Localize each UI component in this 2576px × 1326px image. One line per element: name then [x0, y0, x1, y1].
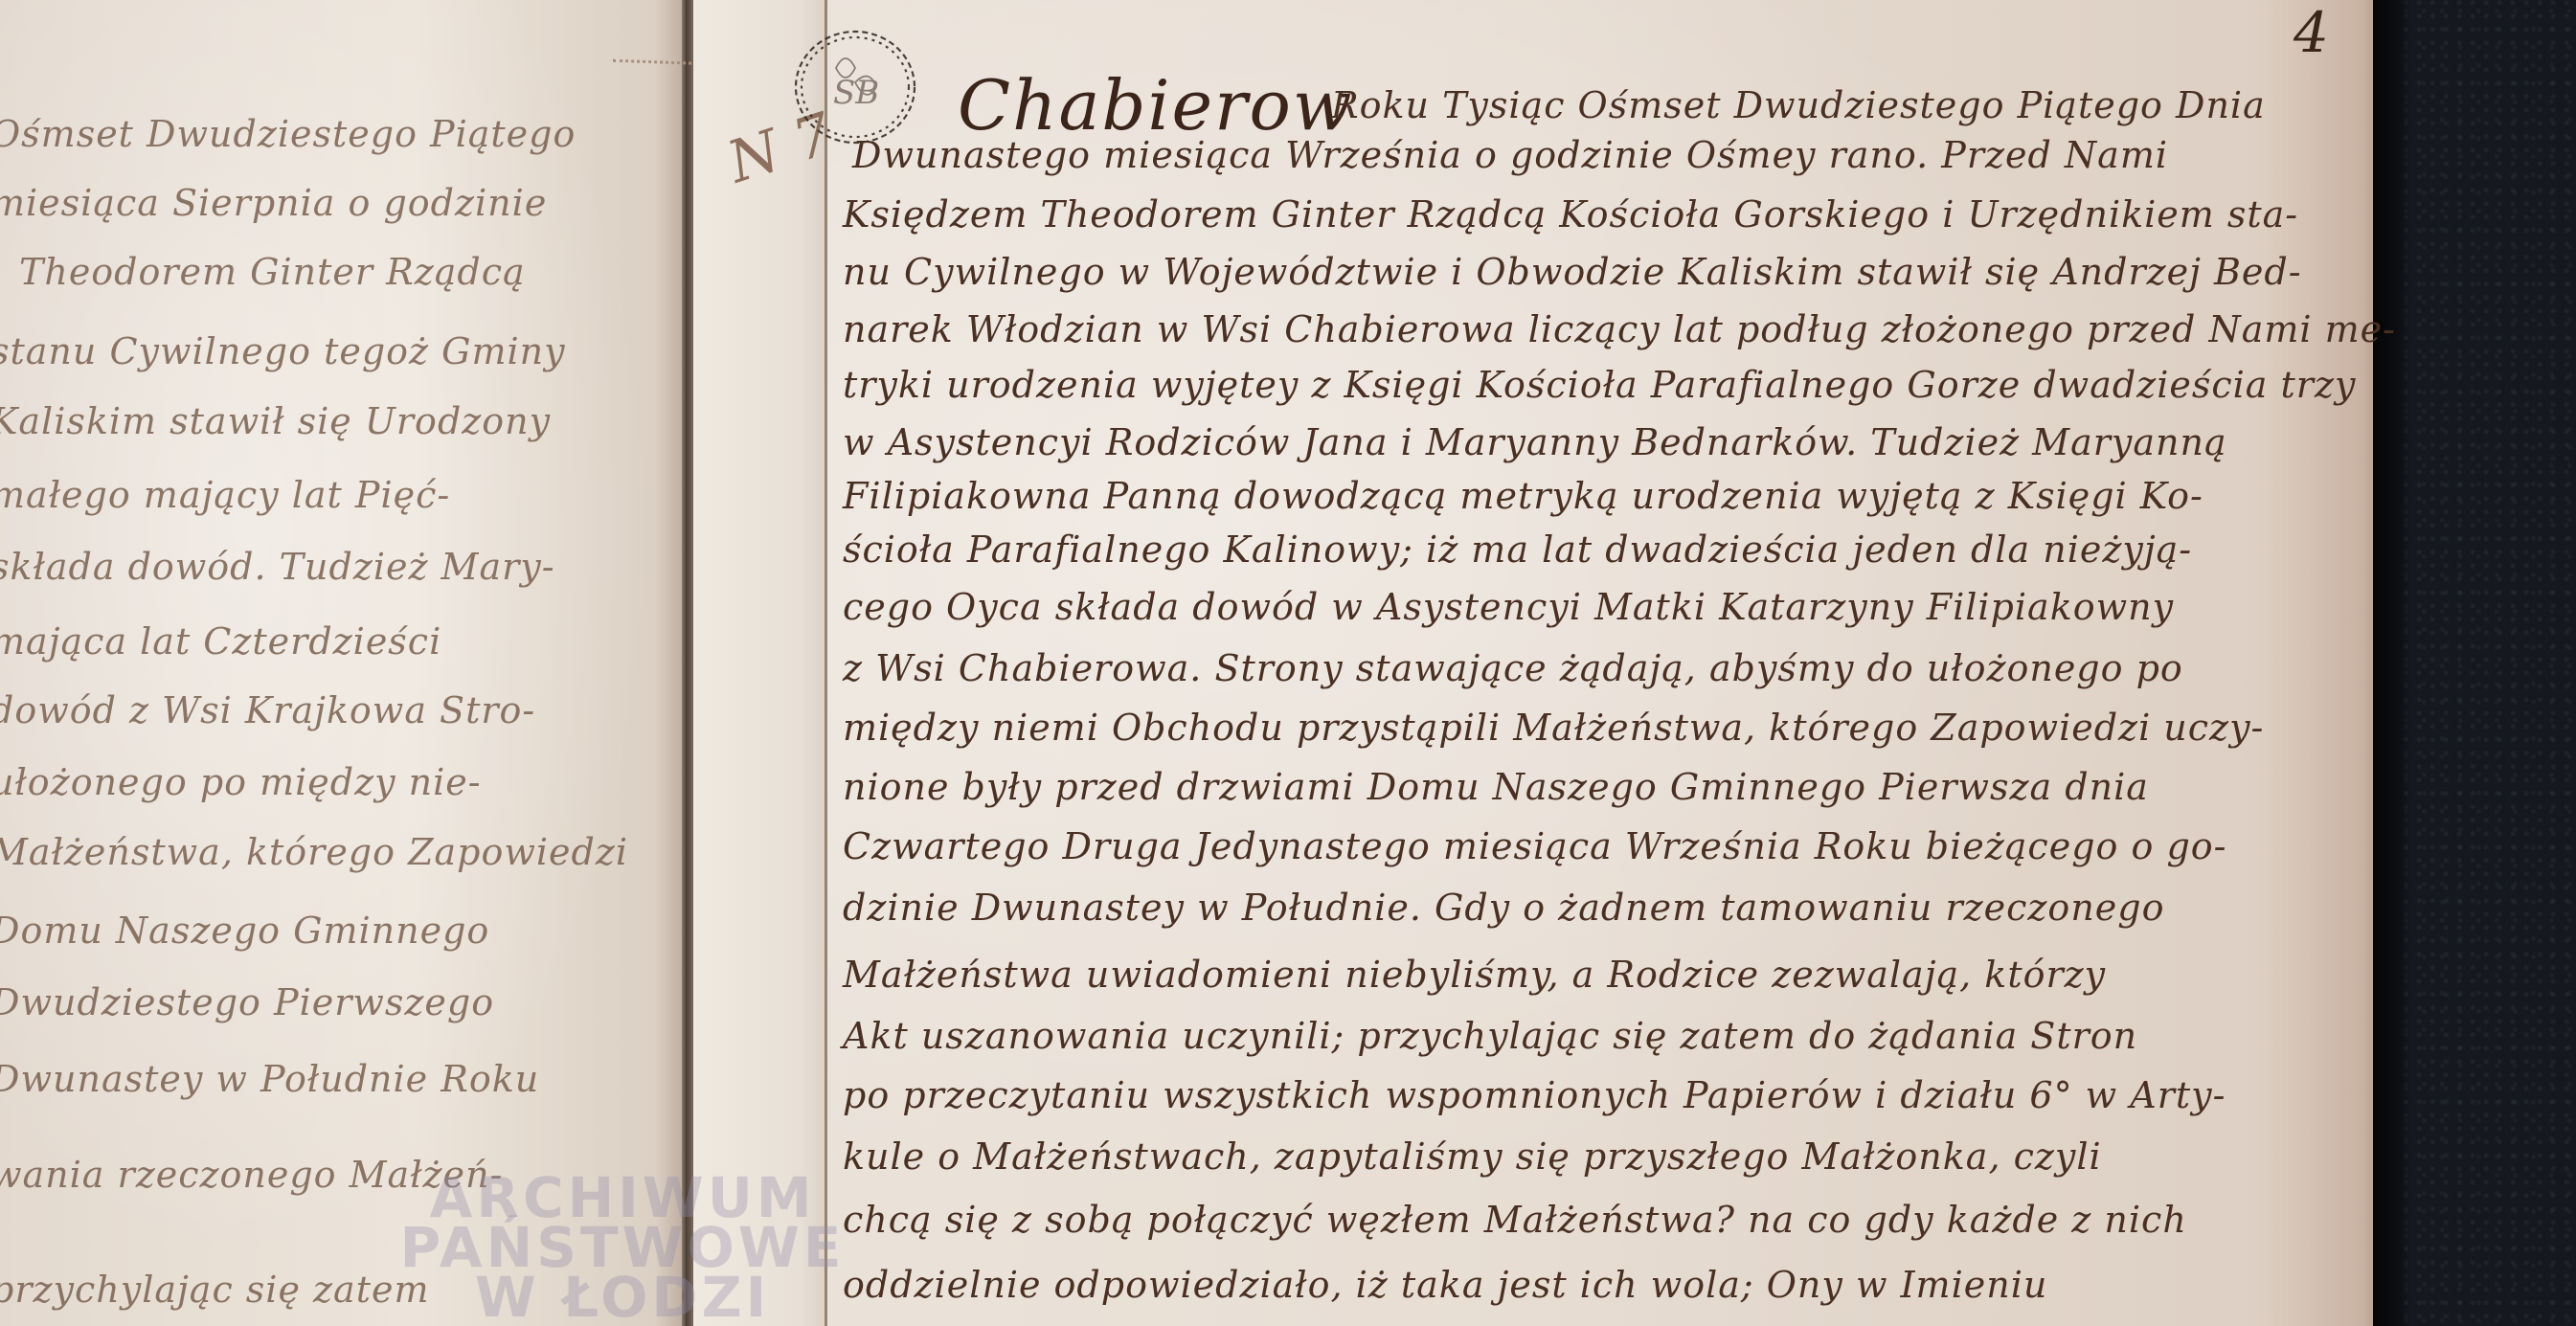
record-line-16: Małżeństwa uwiadomieni niebyliśmy, a Rod…: [843, 954, 2106, 996]
record-line-18: po przeczytaniu wszystkich wspomnionych …: [843, 1074, 2226, 1116]
record-line-8: Filipiakowna Panną dowodzącą metryką uro…: [843, 475, 2203, 517]
left-line-5: Kaliskim stawił się Urodzony: [0, 400, 551, 442]
left-line-1: Ośmset Dwudziestego Piątego: [0, 113, 576, 155]
left-line-2: miesiąca Sierpnia o godzinie: [0, 182, 547, 224]
record-line-21: oddzielnie odpowiedziało, iż taka jest i…: [843, 1264, 2047, 1306]
margin-rule: [825, 0, 827, 1326]
left-line-11: Małżeństwa, którego Zapowiedzi: [0, 831, 628, 873]
archive-watermark: ARCHIWUM PAŃSTWOWE W ŁODZI: [316, 1173, 929, 1322]
page-stub: [693, 0, 825, 1326]
register-scan: Ośmset Dwudziestego Piątego miesiąca Sie…: [0, 0, 2576, 1326]
record-line-3: Księdzem Theodorem Ginter Rządcą Kościoł…: [843, 193, 2298, 236]
left-line-9: dowód z Wsi Krajkowa Stro-: [0, 689, 535, 731]
record-line-10: cego Oyca składa dowód w Asystencyi Matk…: [843, 586, 2174, 628]
left-line-14: Dwunastey w Południe Roku: [0, 1058, 539, 1100]
record-line-20: chcą się z sobą połączyć węzłem Małżeńst…: [843, 1199, 2187, 1241]
left-line-13: Dwudziestego Pierwszego: [0, 981, 494, 1023]
record-line-9: ścioła Parafialnego Kalinowy; iż ma lat …: [843, 528, 2192, 571]
left-line-12: Domu Naszego Gminnego: [0, 910, 489, 952]
record-line-15: dzinie Dwunastey w Południe. Gdy o żadne…: [843, 887, 2164, 929]
left-line-3: Theodorem Ginter Rządcą: [19, 251, 526, 293]
record-line-14: Czwartego Druga Jedynastego miesiąca Wrz…: [843, 825, 2227, 867]
page-gutter: [682, 0, 693, 1326]
page-number: 4: [2294, 0, 2329, 65]
record-line-5: narek Włodzian w Wsi Chabierowa liczący …: [843, 308, 2396, 350]
record-line-1: Roku Tysiąc Ośmset Dwudziestego Piątego …: [1331, 84, 2266, 126]
left-line-6: małego mający lat Pięć-: [0, 474, 450, 516]
record-line-7: w Asystencyi Rodziców Jana i Maryanny Be…: [843, 421, 2227, 463]
page-edge-shadow: [2373, 0, 2411, 1326]
left-line-8: mająca lat Czterdzieści: [0, 620, 441, 663]
svg-text:SB: SB: [833, 74, 879, 112]
left-line-4: stanu Cywilnego tegoż Gminy: [0, 330, 566, 372]
record-line-12: między niemi Obchodu przystąpili Małżeńs…: [843, 707, 2264, 749]
record-line-19: kule o Małżeństwach, zapytaliśmy się prz…: [843, 1135, 2102, 1178]
record-line-4: nu Cywilnego w Województwie i Obwodzie K…: [843, 251, 2302, 293]
left-line-7: składa dowód. Tudzież Mary-: [0, 546, 555, 588]
record-line-2: Dwunastego miesiąca Września o godzinie …: [852, 134, 2168, 176]
record-line-6: tryki urodzenia wyjętey z Księgi Kościoł…: [843, 364, 2356, 406]
record-line-11: z Wsi Chabierowa. Strony stawające żądaj…: [843, 647, 2183, 689]
record-line-13: nione były przed drzwiami Domu Naszego G…: [843, 766, 2149, 808]
left-line-10: ułożonego po między nie-: [0, 761, 482, 803]
record-line-17: Akt uszanowania uczynili; przychylając s…: [843, 1015, 2137, 1057]
